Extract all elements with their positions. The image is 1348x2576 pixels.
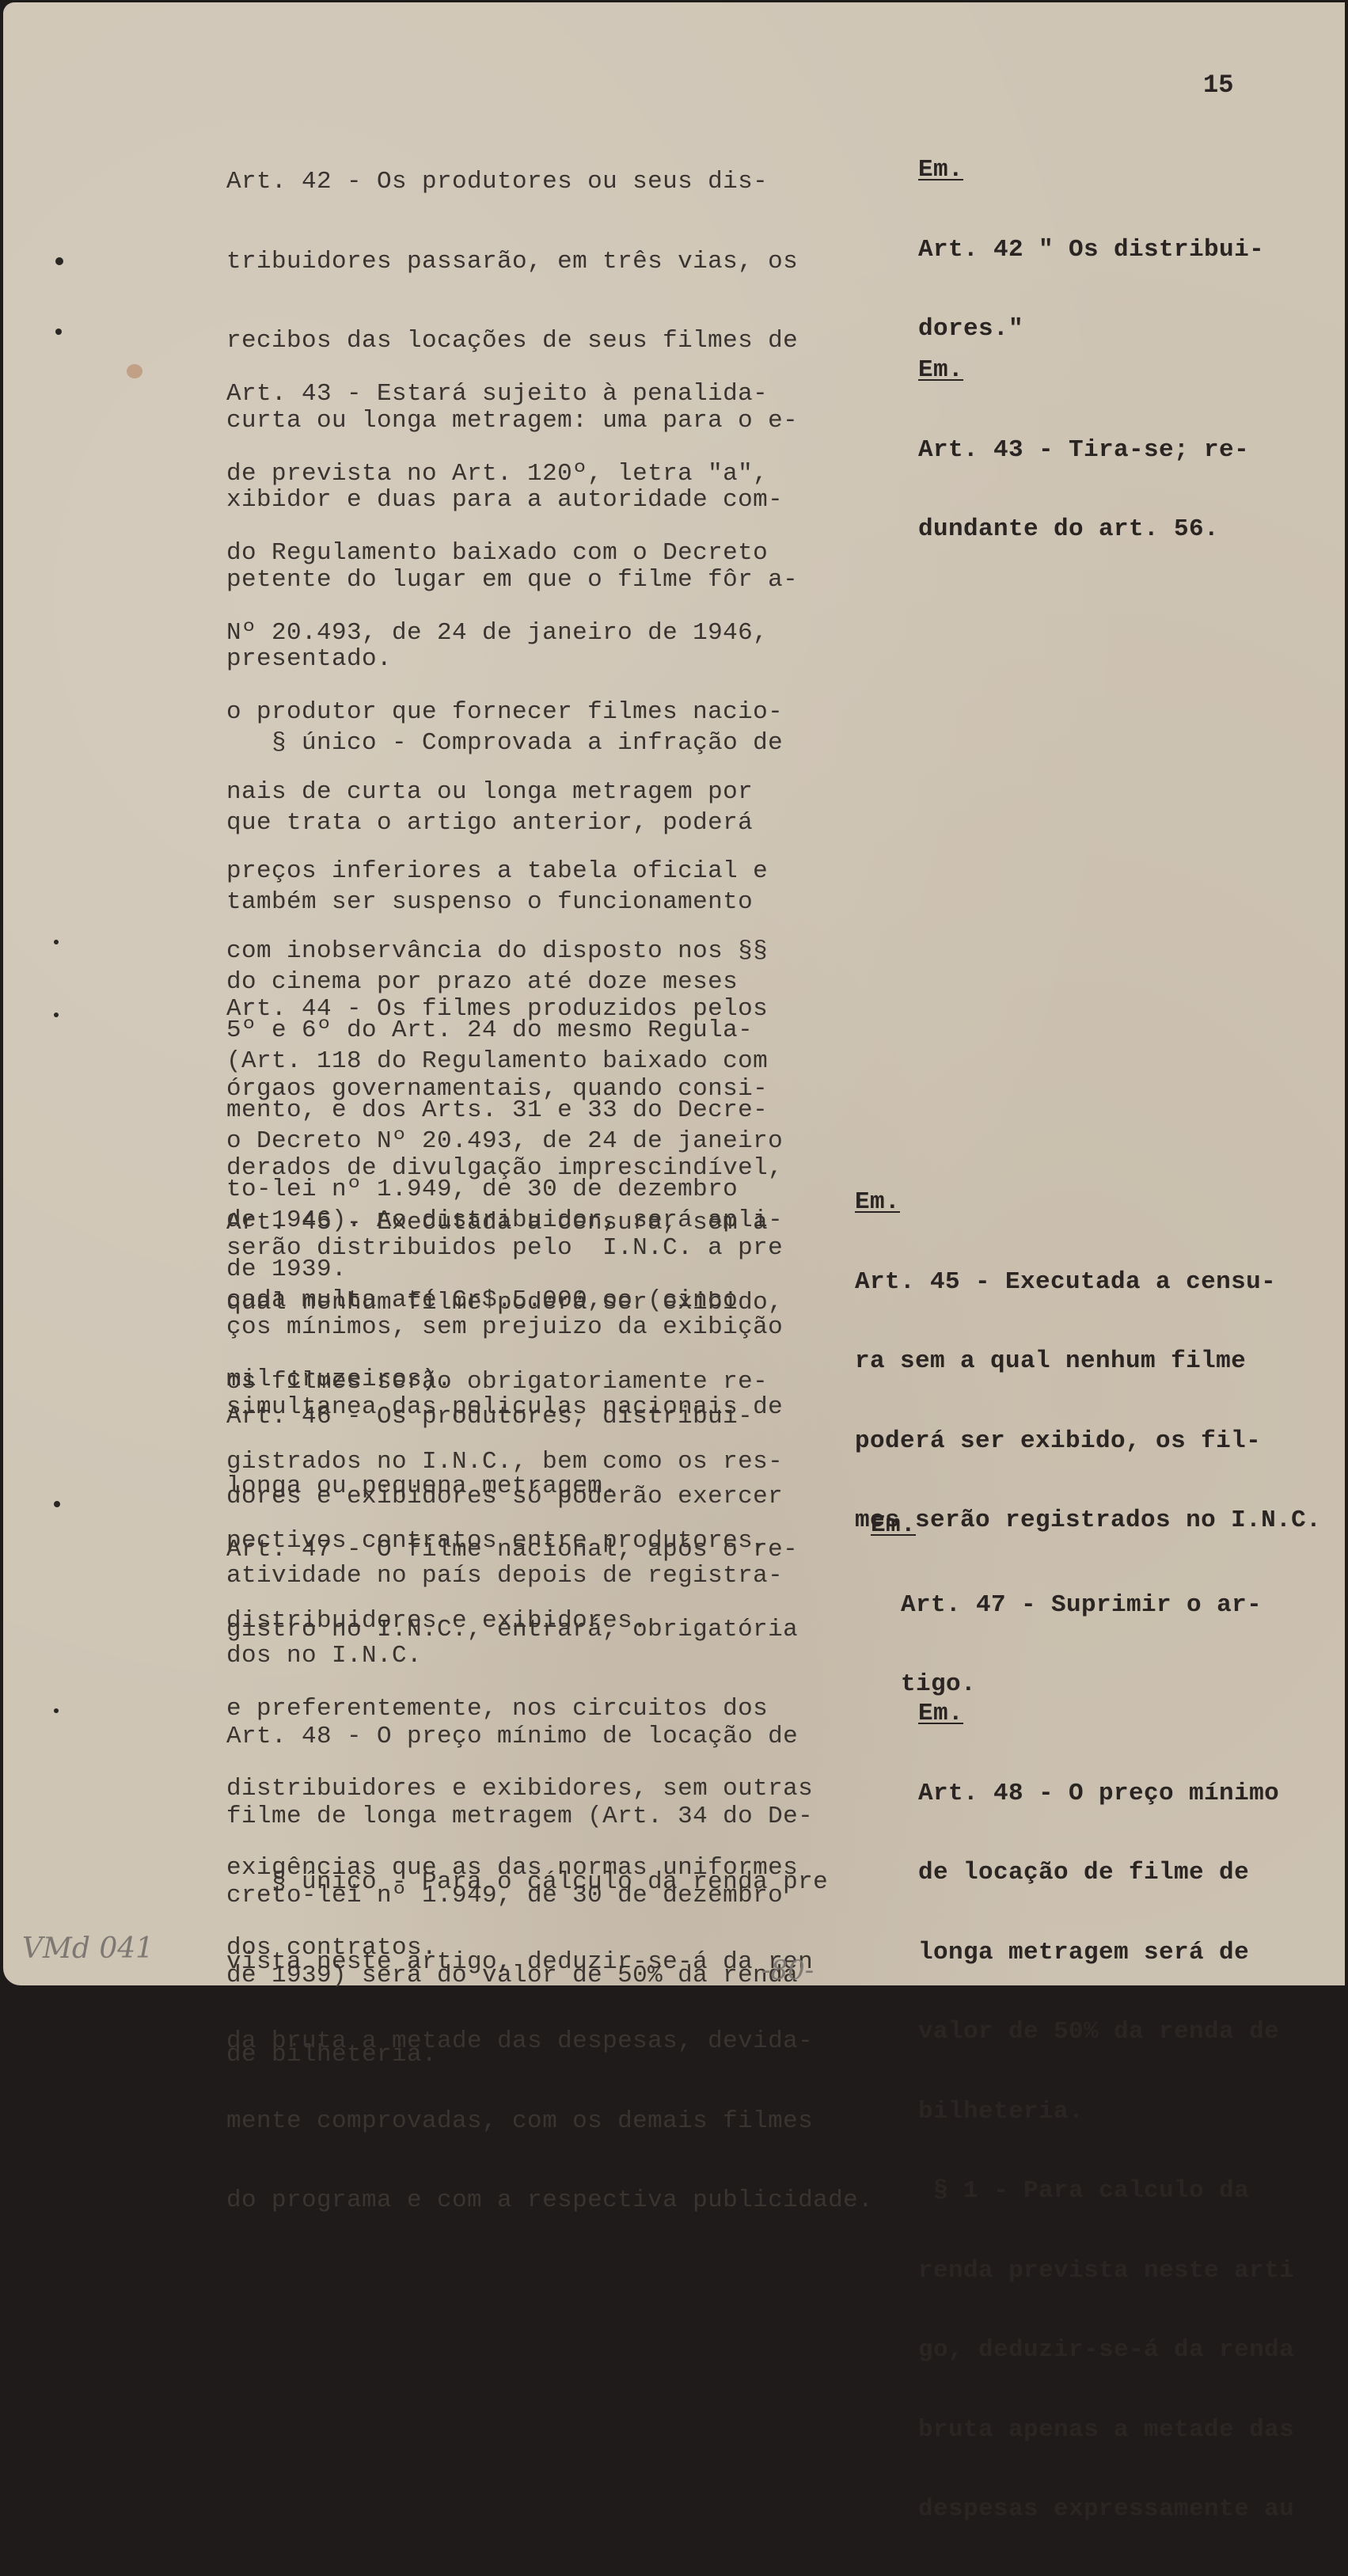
punch-hole-mark — [54, 1501, 60, 1507]
handwritten-archive-code: VMd 041 — [22, 1932, 154, 1965]
stain-mark — [127, 364, 142, 378]
text-line: Art. 45 - Executada a censura, sem a — [226, 1210, 783, 1237]
punch-hole-mark — [54, 1708, 59, 1713]
text-line: Art. 43 - Tira-se; re- — [918, 437, 1249, 464]
text-line: do Regulamento baixado com o Decreto — [226, 540, 783, 567]
amendment-art-48: Em. Art. 48 - O preço mínimo de locação … — [918, 1647, 1294, 1988]
text-line: Art. 43 - Estará sujeito à penalida- — [226, 381, 783, 408]
handwritten-folio-number: -80- — [761, 1955, 814, 1986]
text-line: Nº 20.493, de 24 de janeiro de 1946, — [226, 620, 783, 647]
text-line: também ser suspenso o funcionamento — [226, 889, 783, 916]
punch-hole-mark — [54, 940, 59, 944]
text-line: Art. 44 - Os filmes produzidos pelos — [226, 996, 783, 1023]
amendment-label: Em. — [918, 357, 1249, 384]
text-line: Art. 48 - O preço mínimo de locação de — [226, 1723, 813, 1750]
text-line: que trata o artigo anterior, poderá — [226, 810, 783, 837]
amendment-label: Em. — [855, 1189, 1321, 1216]
text-line: ra sem a qual nenhum filme — [855, 1348, 1321, 1375]
text-line: poderá ser exibido, os fil- — [855, 1428, 1321, 1455]
text-line: Art. 47 - Suprimir o ar- — [871, 1592, 1262, 1619]
text-line: Art. 42 " Os distribui- — [918, 237, 1264, 264]
text-line: Art. 42 - Os produtores ou seus dis- — [226, 169, 798, 196]
document-page: 15 Art. 42 - Os produtores ou seus dis- … — [3, 2, 1345, 1985]
text-line: de prevista no Art. 120º, letra "a", — [226, 461, 783, 488]
text-line: de locação de filme de — [918, 1860, 1294, 1886]
punch-hole-mark — [55, 329, 62, 335]
text-line: § único - Para o cálculo da renda pre — [226, 1869, 873, 1896]
text-line: qual nenhum filme poderá ser exibido, — [226, 1290, 783, 1316]
text-line: tribuidores passarão, em três vias, os — [226, 249, 798, 275]
amendment-label: Em. — [918, 157, 1264, 184]
text-line: § único - Comprovada a infração de — [226, 730, 783, 757]
text-line: órgaos governamentais, quando consi- — [226, 1076, 783, 1103]
text-line: gistro no I.N.C., entrará, obrigatória — [226, 1617, 813, 1643]
text-line: Art. 45 - Executada a censu- — [855, 1269, 1321, 1296]
punch-hole-mark — [54, 1013, 59, 1017]
page-number: 15 — [1203, 70, 1233, 100]
text-line: longa metragem será de — [918, 1940, 1294, 1966]
amendment-art-43: Em. Art. 43 - Tira-se; re- dundante do a… — [918, 304, 1249, 596]
amendment-label: Em. — [871, 1512, 1262, 1539]
amendment-label: Em. — [918, 1700, 1294, 1727]
text-line: Art. 46 - Os produtores, distribui- — [226, 1404, 783, 1430]
text-line: Art. 47 - O filme nacional, após o re- — [226, 1537, 813, 1563]
text-line: dundante do art. 56. — [918, 516, 1249, 543]
text-line: Art. 48 - O preço mínimo — [918, 1780, 1294, 1807]
punch-hole-mark — [55, 257, 63, 265]
